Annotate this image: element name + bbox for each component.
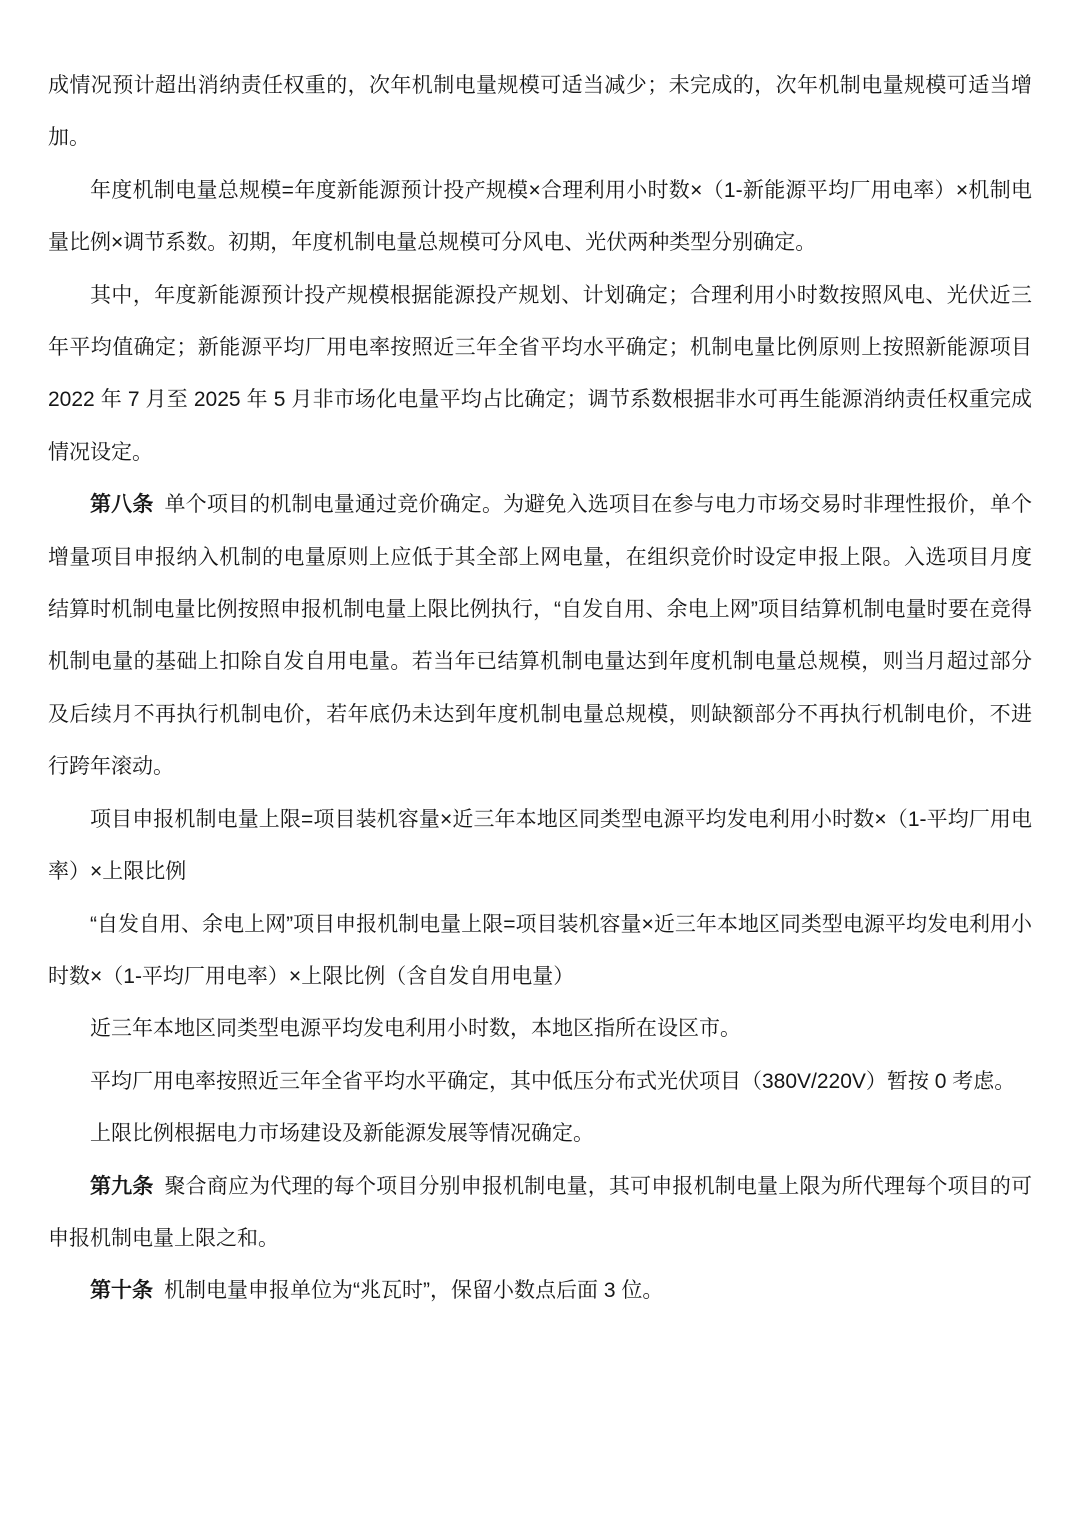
paragraph-continuation: 成情况预计超出消纳责任权重的，次年机制电量规模可适当减少；未完成的，次年机制电量… — [48, 60, 1032, 165]
paragraph-text: 单个项目的机制电量通过竞价确定。为避免入选项目在参与电力市场交易时非理性报价，单… — [48, 493, 1032, 778]
paragraph-article-10: 第十条机制电量申报单位为“兆瓦时”，保留小数点后面 3 位。 — [48, 1265, 1032, 1317]
paragraph-text: 上限比例根据电力市场建设及新能源发展等情况确定。 — [90, 1122, 594, 1145]
paragraph-article-9: 第九条聚合商应为代理的每个项目分别申报机制电量，其可申报机制电量上限为所代理每个… — [48, 1161, 1032, 1266]
paragraph-text: 平均厂用电率按照近三年全省平均水平确定，其中低压分布式光伏项目（380V/220… — [90, 1070, 1015, 1093]
article-number: 第八条 — [90, 493, 154, 516]
paragraph-text: 近三年本地区同类型电源平均发电利用小时数，本地区指所在设区市。 — [90, 1017, 741, 1040]
paragraph-formula-definitions: 其中，年度新能源预计投产规模根据能源投产规划、计划确定；合理利用小时数按照风电、… — [48, 270, 1032, 480]
paragraph-text: 项目申报机制电量上限=项目装机容量×近三年本地区同类型电源平均发电利用小时数×（… — [48, 808, 1032, 883]
paragraph-cap-ratio: 上限比例根据电力市场建设及新能源发展等情况确定。 — [48, 1108, 1032, 1160]
paragraph-text: “自发自用、余电上网”项目申报机制电量上限=项目装机容量×近三年本地区同类型电源… — [48, 913, 1032, 988]
paragraph-plant-rate: 平均厂用电率按照近三年全省平均水平确定，其中低压分布式光伏项目（380V/220… — [48, 1056, 1032, 1108]
paragraph-text: 聚合商应为代理的每个项目分别申报机制电量，其可申报机制电量上限为所代理每个项目的… — [48, 1175, 1032, 1250]
paragraph-text: 年度机制电量总规模=年度新能源预计投产规模×合理利用小时数×（1-新能源平均厂用… — [48, 179, 1032, 254]
paragraph-text: 其中，年度新能源预计投产规模根据能源投产规划、计划确定；合理利用小时数按照风电、… — [48, 284, 1032, 464]
paragraph-formula-annual-total: 年度机制电量总规模=年度新能源预计投产规模×合理利用小时数×（1-新能源平均厂用… — [48, 165, 1032, 270]
paragraph-text: 机制电量申报单位为“兆瓦时”，保留小数点后面 3 位。 — [164, 1279, 663, 1302]
document-page: 成情况预计超出消纳责任权重的，次年机制电量规模可适当减少；未完成的，次年机制电量… — [0, 0, 1080, 1526]
paragraph-text: 成情况预计超出消纳责任权重的，次年机制电量规模可适当减少；未完成的，次年机制电量… — [48, 74, 1032, 149]
paragraph-formula-project-cap: 项目申报机制电量上限=项目装机容量×近三年本地区同类型电源平均发电利用小时数×（… — [48, 794, 1032, 899]
paragraph-region-definition: 近三年本地区同类型电源平均发电利用小时数，本地区指所在设区市。 — [48, 1003, 1032, 1055]
article-number: 第九条 — [90, 1175, 154, 1198]
paragraph-article-8: 第八条单个项目的机制电量通过竞价确定。为避免入选项目在参与电力市场交易时非理性报… — [48, 479, 1032, 793]
paragraph-formula-self-use-cap: “自发自用、余电上网”项目申报机制电量上限=项目装机容量×近三年本地区同类型电源… — [48, 899, 1032, 1004]
article-number: 第十条 — [90, 1279, 153, 1302]
